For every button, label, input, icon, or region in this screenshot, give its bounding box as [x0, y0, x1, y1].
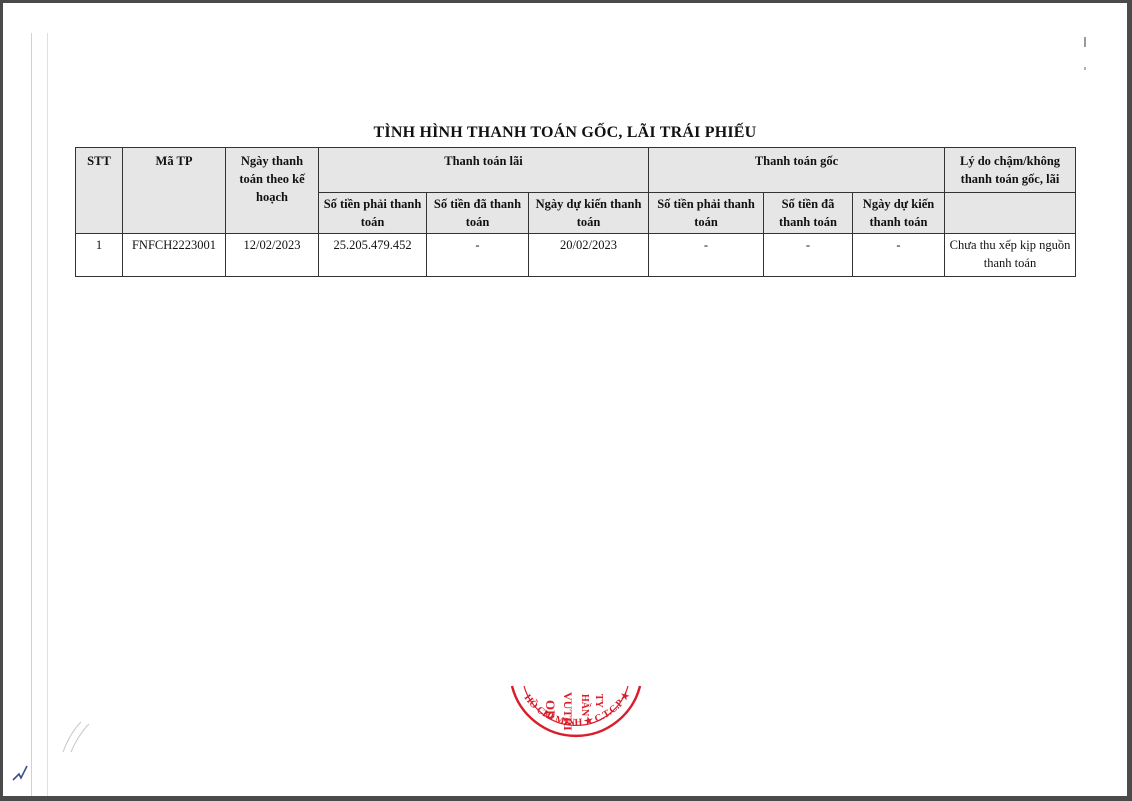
table-row: 1 FNFCH2223001 12/02/2023 25.205.479.452…	[76, 234, 1076, 277]
left-margin-line-inner	[47, 33, 48, 796]
handwritten-mark-icon	[59, 716, 99, 756]
document-title: TÌNH HÌNH THANH TOÁN GỐC, LÃI TRÁI PHIẾU	[3, 124, 1127, 142]
header-lai-da-tt: Số tiền đã thanh toán	[427, 193, 529, 234]
header-ly-do: Lý do chậm/không thanh toán gốc, lãi	[945, 148, 1076, 193]
cell-ngay-ke-hoach: 12/02/2023	[226, 234, 319, 277]
left-margin-line	[31, 33, 32, 796]
bond-payment-table: STT Mã TP Ngày thanh toán theo kế hoạch …	[75, 147, 1076, 277]
svg-text:OD: OD	[543, 700, 558, 720]
header-goc-da-tt: Số tiền đã thanh toán	[764, 193, 853, 234]
cell-goc-ngay-du-kien: -	[853, 234, 945, 277]
header-ly-do-blank	[945, 193, 1076, 234]
cell-goc-da-tt: -	[764, 234, 853, 277]
header-thanh-toan-goc: Thanh toán gốc	[649, 148, 945, 193]
svg-text:TY: TY	[593, 694, 604, 709]
document-page: TÌNH HÌNH THANH TOÁN GỐC, LÃI TRÁI PHIẾU…	[3, 3, 1127, 796]
cell-stt: 1	[76, 234, 123, 277]
header-thanh-toan-lai: Thanh toán lãi	[319, 148, 649, 193]
header-ma-tp: Mã TP	[123, 148, 226, 234]
svg-text:HẦN: HẦN	[579, 694, 592, 717]
company-seal-stamp: HỒ CHÍ MINH ★ C.T.C.P ★ 0503 OD VUTRI HẦ…	[506, 680, 646, 768]
header-goc-ngay-du-kien: Ngày dự kiến thanh toán	[853, 193, 945, 234]
svg-text:VUTRI: VUTRI	[561, 692, 575, 731]
cell-lai-phai-tt: 25.205.479.452	[319, 234, 427, 277]
cell-ly-do: Chưa thu xếp kịp nguồn thanh toán	[945, 234, 1076, 277]
scan-edge-marks	[1084, 37, 1087, 77]
cell-lai-da-tt: -	[427, 234, 529, 277]
cell-lai-ngay-du-kien: 20/02/2023	[529, 234, 649, 277]
cell-ma-tp: FNFCH2223001	[123, 234, 226, 277]
header-stt: STT	[76, 148, 123, 234]
pen-mark-icon	[11, 762, 31, 782]
header-goc-phai-tt: Số tiền phải thanh toán	[649, 193, 764, 234]
cell-goc-phai-tt: -	[649, 234, 764, 277]
header-ngay-ke-hoach: Ngày thanh toán theo kế hoạch	[226, 148, 319, 234]
header-lai-ngay-du-kien: Ngày dự kiến thanh toán	[529, 193, 649, 234]
header-lai-phai-tt: Số tiền phải thanh toán	[319, 193, 427, 234]
